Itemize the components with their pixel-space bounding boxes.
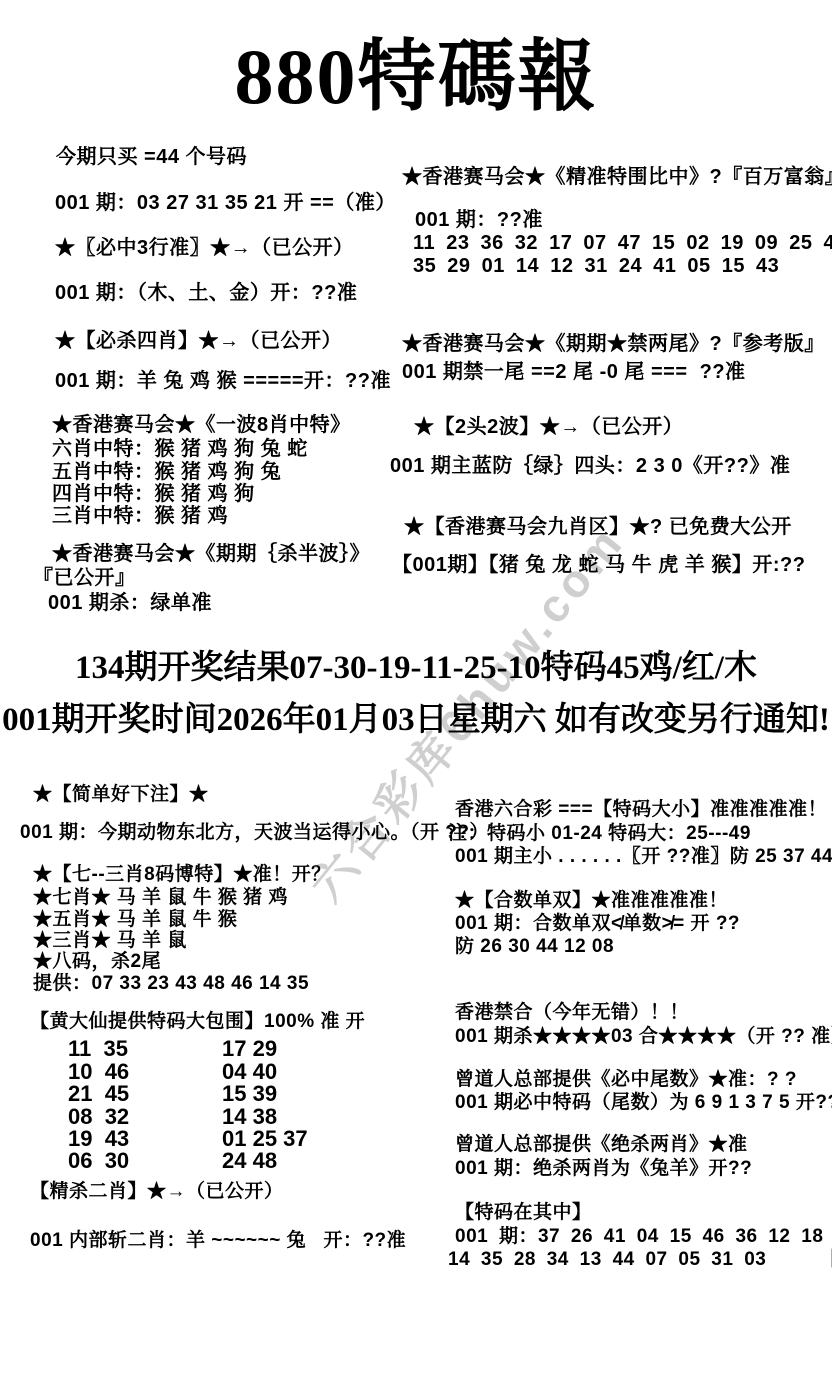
buy-count-line: 今期只买 =44 个号码 bbox=[56, 146, 247, 169]
big-small-header: 香港六合彩 ===【特码大小】准准准准准！ bbox=[455, 799, 827, 821]
must-hit-3-rows-line: 001 期：（木、土、金）开：??准 bbox=[55, 282, 357, 305]
sum-odd-even-backup: 防 26 30 44 12 08 bbox=[455, 936, 614, 958]
buy-result-line: 001 期：03 27 31 35 21 开 ==（准） bbox=[55, 192, 396, 215]
five-zodiac-pick-line: ★五肖★ 马 羊 鼠 牛 猴 bbox=[33, 909, 237, 931]
baowei-cell: 24 48 bbox=[222, 1148, 277, 1174]
five-zodiac-line: 五肖中特：猴 猪 鸡 狗 兔 bbox=[52, 461, 281, 484]
precise-kill-two-zodiac-header: 【精杀二肖】★→（已公开） bbox=[30, 1181, 284, 1203]
baowei-table-row: 08 32 14 38 bbox=[0, 1104, 450, 1126]
big-small-line: 001 期主小 . . . . . .〖开 ??准〗防 25 37 44 bbox=[455, 846, 832, 868]
must-hit-tail-line: 001 期必中特码（尾数）为 6 9 1 3 7 5 开?? bbox=[455, 1092, 832, 1114]
easy-bet-header: ★【简单好下注】★ bbox=[33, 784, 209, 806]
two-heads-two-waves-header: ★【2头2波】★→（已公开） bbox=[414, 416, 683, 439]
seven-zodiac-line: ★七肖★ 马 羊 鼠 牛 猴 猪 鸡 bbox=[33, 887, 288, 909]
precise-range-numbers-1: 11 23 36 32 17 07 47 15 02 19 09 25 48 2… bbox=[413, 232, 832, 255]
easy-bet-line: 001 期：今期动物东北方，天波当运得小心。（开 ??） bbox=[20, 822, 489, 844]
tip-sheet-page: 六合彩库6huw.com 880特碼報 今期只买 =44 个号码 001 期：0… bbox=[0, 0, 832, 1388]
baowei-table-row: 19 43 01 25 37 bbox=[0, 1126, 450, 1148]
one-wave-8-zodiac-header: ★香港赛马会★《一波8肖中特》 bbox=[52, 414, 351, 437]
previous-draw-result-banner: 134期开奖结果07-30-19-11-25-10特码45鸡/红/木 bbox=[0, 641, 832, 688]
precise-kill-two-zodiac-line: 001 内部斩二肖：羊 ~~~~~~ 兔 开：??准 bbox=[30, 1230, 406, 1252]
special-code-within-numbers-2: 14 35 28 34 13 44 07 05 31 03 【开??】 bbox=[448, 1249, 832, 1271]
seven-to-three-zodiac-header: ★【七--三肖8码博特】★准！开？ bbox=[33, 864, 331, 886]
precise-range-numbers-2: 35 29 01 14 12 31 24 41 05 15 43 bbox=[413, 255, 779, 278]
precise-range-period: 001 期：??准 bbox=[415, 209, 543, 232]
eight-codes-line: ★八码，杀2尾 bbox=[33, 951, 161, 973]
big-small-note: 注：特码小 01-24 特码大：25---49 bbox=[448, 823, 751, 845]
precise-range-header: ★香港赛马会★《精准特围比中》?『百万富翁』 bbox=[402, 166, 832, 189]
provided-numbers-line: 提供：07 33 23 43 48 46 14 35 bbox=[33, 973, 309, 995]
ban-two-tails-line: 001 期禁一尾 ==2 尾 -0 尾 === ??准 bbox=[402, 361, 746, 384]
four-zodiac-line: 四肖中特：猴 猪 鸡 狗 bbox=[52, 483, 255, 506]
must-hit-tail-header: 曾道人总部提供《必中尾数》★准：? ? bbox=[455, 1069, 797, 1091]
ban-sum-header: 香港禁合（今年无错）！！ bbox=[455, 1002, 689, 1024]
two-heads-two-waves-line: 001 期主蓝防｛绿｝四头：2 3 0《开??》准 bbox=[390, 455, 790, 478]
special-code-within-header: 【特码在其中】 bbox=[455, 1202, 592, 1224]
nine-zodiac-zone-header: ★【香港赛马会九肖区】★? 已免费大公开 bbox=[404, 516, 792, 539]
special-code-within-numbers-1: 001 期：37 26 41 04 15 46 36 12 18 39 bbox=[455, 1226, 832, 1248]
kill-half-wave-sub: 『已公开』 bbox=[33, 567, 136, 590]
ban-sum-line: 001 期杀★★★★03 合★★★★（开 ?? 准） bbox=[455, 1026, 832, 1048]
sum-odd-even-line: 001 期：合数单双≮单数≯= 开 ?? bbox=[455, 913, 740, 935]
kill-4-zodiac-line: 001 期：羊 兔 鸡 猴 =====开：??准 bbox=[55, 370, 391, 393]
baowei-table-row: 10 46 04 40 bbox=[0, 1059, 450, 1081]
kill-half-wave-header: ★香港赛马会★《期期｛杀半波｝》 bbox=[52, 543, 370, 566]
baowei-table-row: 21 45 15 39 bbox=[0, 1081, 450, 1103]
ban-two-tails-header: ★香港赛马会★《期期★禁两尾》?『参考版』 bbox=[402, 333, 825, 356]
must-hit-3-rows-header: ★〖必中3行准〗★→（已公开） bbox=[55, 237, 354, 260]
three-zodiac-pick-line: ★三肖★ 马 羊 鼠 bbox=[33, 930, 187, 952]
kill-half-wave-line: 001 期杀：绿单准 bbox=[48, 592, 212, 615]
baowei-table-row: 06 30 24 48 bbox=[0, 1148, 450, 1170]
baowei-cell: 06 30 bbox=[68, 1148, 129, 1174]
huang-daxian-header: 【黄大仙提供特码大包围】100% 准 开 bbox=[30, 1011, 365, 1033]
next-draw-time-banner: 001期开奖时间2026年01月03日星期六 如有改变另行通知! bbox=[0, 693, 832, 740]
sum-odd-even-header: ★【合数单双】★准准准准准！ bbox=[455, 890, 728, 912]
kill-4-zodiac-header: ★【必杀四肖】★→（已公开） bbox=[55, 330, 342, 353]
six-zodiac-line: 六肖中特：猴 猪 鸡 狗 兔 蛇 bbox=[52, 438, 308, 461]
absolute-kill-two-zodiac-header: 曾道人总部提供《绝杀两肖》★准 bbox=[455, 1134, 748, 1156]
three-zodiac-line: 三肖中特：猴 猪 鸡 bbox=[52, 505, 228, 528]
nine-zodiac-zone-line: 【001期】【猪 兔 龙 蛇 马 牛 虎 羊 猴】开:?? bbox=[392, 554, 805, 577]
absolute-kill-two-zodiac-line: 001 期：绝杀两肖为《兔羊》开?? bbox=[455, 1158, 752, 1180]
page-title: 880特碼報 bbox=[0, 14, 832, 126]
baowei-table-row: 11 35 17 29 bbox=[0, 1036, 450, 1058]
